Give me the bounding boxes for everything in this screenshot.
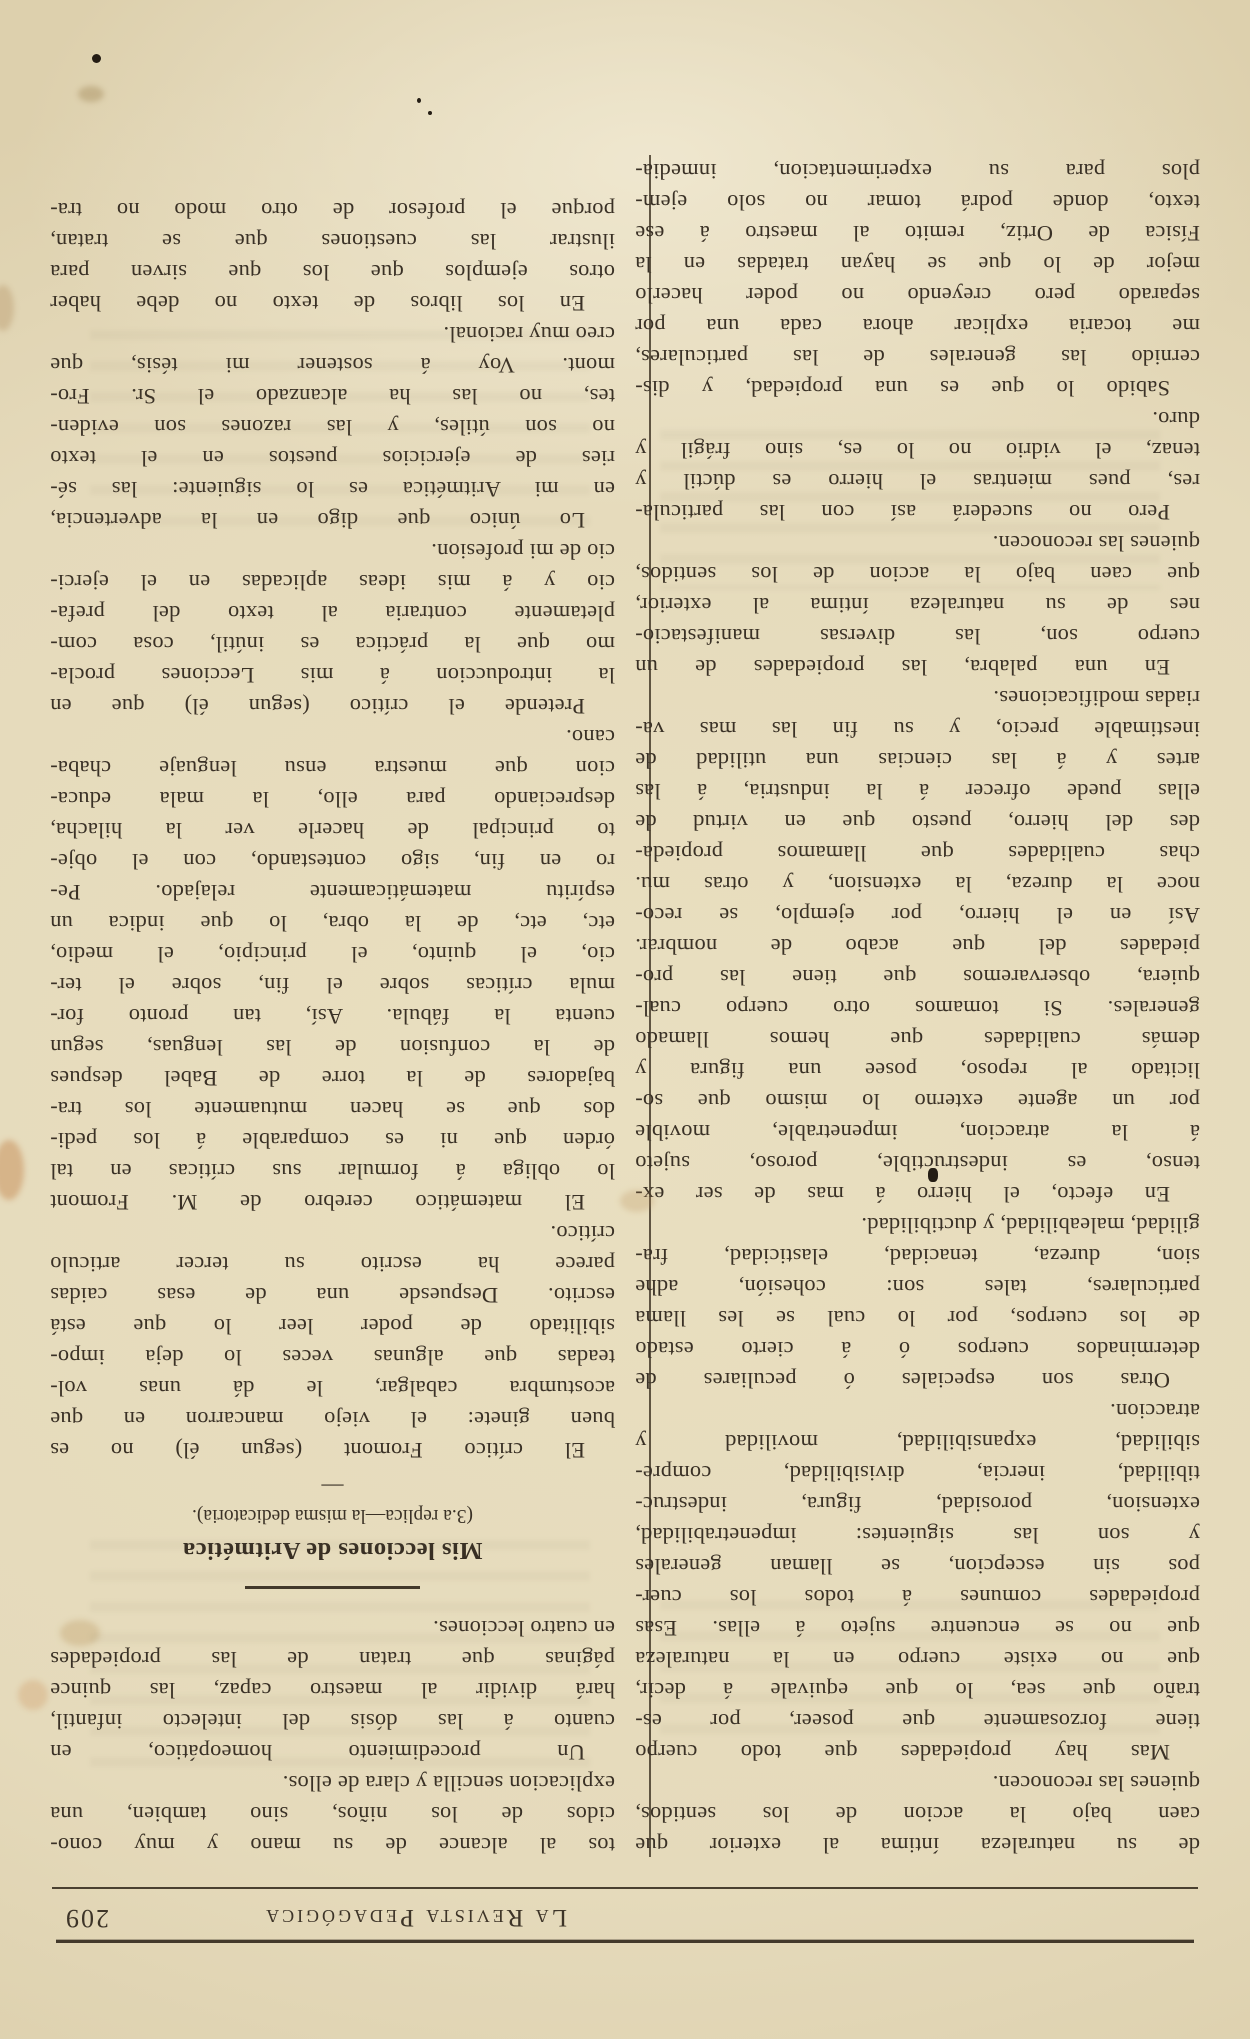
text-line: plos para su experimentacion, inmedia- [635, 156, 1200, 187]
text-line: El matemático cerebro de M. Fromont [50, 1187, 615, 1218]
book-page-rotated-180: La Revista Pedagógica 209 de su naturale… [0, 0, 1250, 2039]
text-line: cion que muestra ensu lenguaje chaba- [50, 753, 615, 784]
text-line: res, pues mientras el hierro es dúctil y [635, 466, 1200, 497]
text-line: Pero no sucederá así con las particula- [635, 497, 1200, 528]
text-line: tes, no las ha alcanzado el Sr. Fro- [50, 381, 615, 412]
text-line: de los cuerpos, por lo cual se les llama [635, 1303, 1200, 1334]
text-line: Sabido lo que es una propiedad, y dis- [635, 373, 1200, 404]
text-line: licitado al reposo, posee una figura y [635, 1055, 1200, 1086]
right-column-body: El crítico Fromont (segun él) no esbuen … [50, 195, 615, 1466]
text-line: determinados cuerpos ó á cierto estado [635, 1334, 1200, 1365]
text-line: en cuatro lecciones. [50, 1613, 615, 1644]
text-line: Un procedimiento homeopático, en [50, 1737, 615, 1768]
text-line: separado pero creyendo no poder hacerlo [635, 280, 1200, 311]
text-line: crítico. [50, 1218, 615, 1249]
text-line: Así en el hierro, por ejemplo, se reco- [635, 900, 1200, 931]
text-line: mo que la práctica es inútil, cosa com- [50, 629, 615, 660]
text-line: cuanto á las dósis del intelecto infanti… [50, 1706, 615, 1737]
text-line: ilustrar las cuestiones que se tratan, [50, 226, 615, 257]
text-line: cuenta la fábula. Así, tan pronto for- [50, 1001, 615, 1032]
text-line: bajadores de la torre de Babel despues [50, 1063, 615, 1094]
text-line: tenaz, el vidrio no lo es, sino frágil y [635, 435, 1200, 466]
text-line: pos sin escepcion, se llaman generales [635, 1551, 1200, 1582]
text-line: que no se encuentre sujeto á ellas. Esas [635, 1613, 1200, 1644]
text-line: mula críticas sobre el fin, sobre el ter… [50, 970, 615, 1001]
header-top-rule [56, 1940, 1194, 1943]
text-line: buen ginete: el viejo mancarron en que [50, 1404, 615, 1435]
text-line: cano. [50, 722, 615, 753]
text-line: ro en fin, sigo contestando, con el obje… [50, 846, 615, 877]
text-line: pletamente contraria al texto del prefa- [50, 598, 615, 629]
text-line: sibilidad, expansibilidad, movilidad y [635, 1427, 1200, 1458]
text-line: particulares, tales son: cohesión, adhe [635, 1272, 1200, 1303]
text-line: Otras son especiales ó peculiares de [635, 1365, 1200, 1396]
text-line: chas cualidades que llamamos propieda- [635, 838, 1200, 869]
text-line: texto, donde podrá tomar no solo ejem- [635, 187, 1200, 218]
text-line: En efecto, el hierro á mas de ser ex- [635, 1179, 1200, 1210]
text-line: piedades del que acabo de nombrar. [635, 931, 1200, 962]
text-line: nes de su naturaleza íntima al exterior, [635, 590, 1200, 621]
page-number: 209 [64, 1903, 109, 1933]
text-line: gilidad, maleabilidad, y ductibilidad. [635, 1210, 1200, 1241]
text-line: quienes las reconocen. [635, 1768, 1200, 1799]
page-header: La Revista Pedagógica 209 [50, 1887, 1200, 1943]
text-line: cio, el quinto, el principio, el medio, [50, 939, 615, 970]
section-separator-rule [245, 1586, 420, 1589]
text-line: de su naturaleza íntima al exterior que [635, 1830, 1200, 1861]
text-line: cuerpo son, las diversas manifestacio- [635, 621, 1200, 652]
text-line: cio y á mis ideas aplicadas en el ejerci… [50, 567, 615, 598]
text-line: de la confusion de las lenguas, segun [50, 1032, 615, 1063]
text-line: sion, dureza, tenacidad, elasticidad, fr… [635, 1241, 1200, 1272]
text-line: porque el profesor de otro modo no tra- [50, 195, 615, 226]
text-line: en mi Aritmética es lo siguiente: las sé… [50, 474, 615, 505]
text-line: quiera, observaremos que tiene las pro- [635, 962, 1200, 993]
text-line: riadas modificaciones. [635, 683, 1200, 714]
text-line: artes y á las ciencias una utilidad de [635, 745, 1200, 776]
text-line: órden que ni es comparable á los pedi- [50, 1125, 615, 1156]
text-line: otros ejemplos que los que sirven para [50, 257, 615, 288]
text-line: me tocaria explicar ahora cada una por [635, 311, 1200, 342]
article-dash-divider: — [50, 1476, 615, 1498]
text-line: mont. Voy á sostener mi tésis, que [50, 350, 615, 381]
header-bottom-rule [52, 1887, 1198, 1889]
text-line: lo obliga á formular sus críticas en tal [50, 1156, 615, 1187]
text-line: etc, etc, de la obra, lo que indica un [50, 908, 615, 939]
text-line: que no existe cuerpo en la naturaleza [635, 1644, 1200, 1675]
article-subtitle: (3.a replica—la misma dedicatoria). [50, 1504, 615, 1526]
text-line: parece ha escrito su tercer articulo [50, 1249, 615, 1280]
text-line: Pretende el crítico (segun él) que en [50, 691, 615, 722]
text-line: despreciando para ello, la mala educa- [50, 784, 615, 815]
text-line: y son las siguientes: impenetrabilidad, [635, 1520, 1200, 1551]
text-line: tibilidad, inercia, divisibilidad, compr… [635, 1458, 1200, 1489]
page-body: de su naturaleza íntima al exterior quec… [50, 131, 1200, 1861]
text-line: atraccion. [635, 1396, 1200, 1427]
text-line: dos que se hacen mutuamente los tra- [50, 1094, 615, 1125]
text-line: to principal de hacerle ver la hilacha, [50, 815, 615, 846]
text-line: tos al alcance de su mano y muy cono- [50, 1830, 615, 1861]
text-line: sibilitado de poder leer lo que está [50, 1311, 615, 1342]
text-line: ellas puede ofrecer á la industria, á la… [635, 776, 1200, 807]
text-line: cidos de los niños, sino tambien, una [50, 1799, 615, 1830]
text-line: cio de mi profesion. [50, 536, 615, 567]
text-line: no son útiles, y las razones son eviden- [50, 412, 615, 443]
text-line: extension, porosidad, figura, indestruc- [635, 1489, 1200, 1520]
text-line: En una palabra, las propiedades de un [635, 652, 1200, 683]
text-line: tiene forzosamente que poseer, por es- [635, 1706, 1200, 1737]
right-column: tos al alcance de su mano y muy cono-cid… [50, 141, 615, 1861]
text-line: noce la dureza, la extension, y otras mu… [635, 869, 1200, 900]
text-line: teadas que algunas veces lo deja impo- [50, 1342, 615, 1373]
text-line: páginas que tratan de las propiedades [50, 1644, 615, 1675]
text-line: tenso, es indestructible, poroso, sujeto [635, 1148, 1200, 1179]
text-line: traño que sea, lo que equivale á decir, [635, 1675, 1200, 1706]
text-line: inestimable precio, y su fin las mas va- [635, 714, 1200, 745]
text-line: escrito. Despuesde una de esas caidas [50, 1280, 615, 1311]
text-line: que caen bajo la accion de los sentidos, [635, 559, 1200, 590]
text-line: quienes las reconocen. [635, 528, 1200, 559]
text-line: des del hierro, puesto que en virtud de [635, 807, 1200, 838]
left-column: de su naturaleza íntima al exterior quec… [635, 141, 1200, 1861]
text-line: Lo único que digo en la advertencia, [50, 505, 615, 536]
text-line: la introduccion á mis Lecciones procla- [50, 660, 615, 691]
text-line: mejor de lo que se hayan tratadas en la [635, 249, 1200, 280]
journal-title: La Revista Pedagógica [190, 1903, 640, 1931]
text-line: generales. Si tomamos otro cuerpo cual- [635, 993, 1200, 1024]
text-line: espíritu matemáticamente relajado. Pe- [50, 877, 615, 908]
text-line: cernido las generales de las particulare… [635, 342, 1200, 373]
text-line: hará dividir al maestro capaz, las quinc… [50, 1675, 615, 1706]
article-heading: Mis lecciones de Aritmética [50, 1536, 615, 1564]
text-line: Mas hay propiedades que todo cuerpo [635, 1737, 1200, 1768]
text-line: propiedades comunes á todos los cuer- [635, 1582, 1200, 1613]
text-line: acostumbra cabalgar, le dá unas vol- [50, 1373, 615, 1404]
scanned-page-screenshot: { "page": { "orientation_note": "page sc… [0, 0, 1250, 2039]
text-line: demás cualidades que hemos llamado [635, 1024, 1200, 1055]
text-line: duro. [635, 404, 1200, 435]
right-column-intro: tos al alcance de su mano y muy cono-cid… [50, 1613, 615, 1861]
text-line: caen bajo la accion de los sentidos, [635, 1799, 1200, 1830]
text-line: por un agente externo lo mismo que so- [635, 1086, 1200, 1117]
text-line: El crítico Fromont (segun él) no es [50, 1435, 615, 1466]
text-line: Física de Ortiz, remito al maestro á ese [635, 218, 1200, 249]
text-line: á la atraccion, impenetrable, movible [635, 1117, 1200, 1148]
text-line: En los libros de texto no debe haber [50, 288, 615, 319]
text-line: explicacion sencilla y clara de ellos. [50, 1768, 615, 1799]
text-line: creo muy racional. [50, 319, 615, 350]
text-line: ries de ejercicios puestos en el texto [50, 443, 615, 474]
